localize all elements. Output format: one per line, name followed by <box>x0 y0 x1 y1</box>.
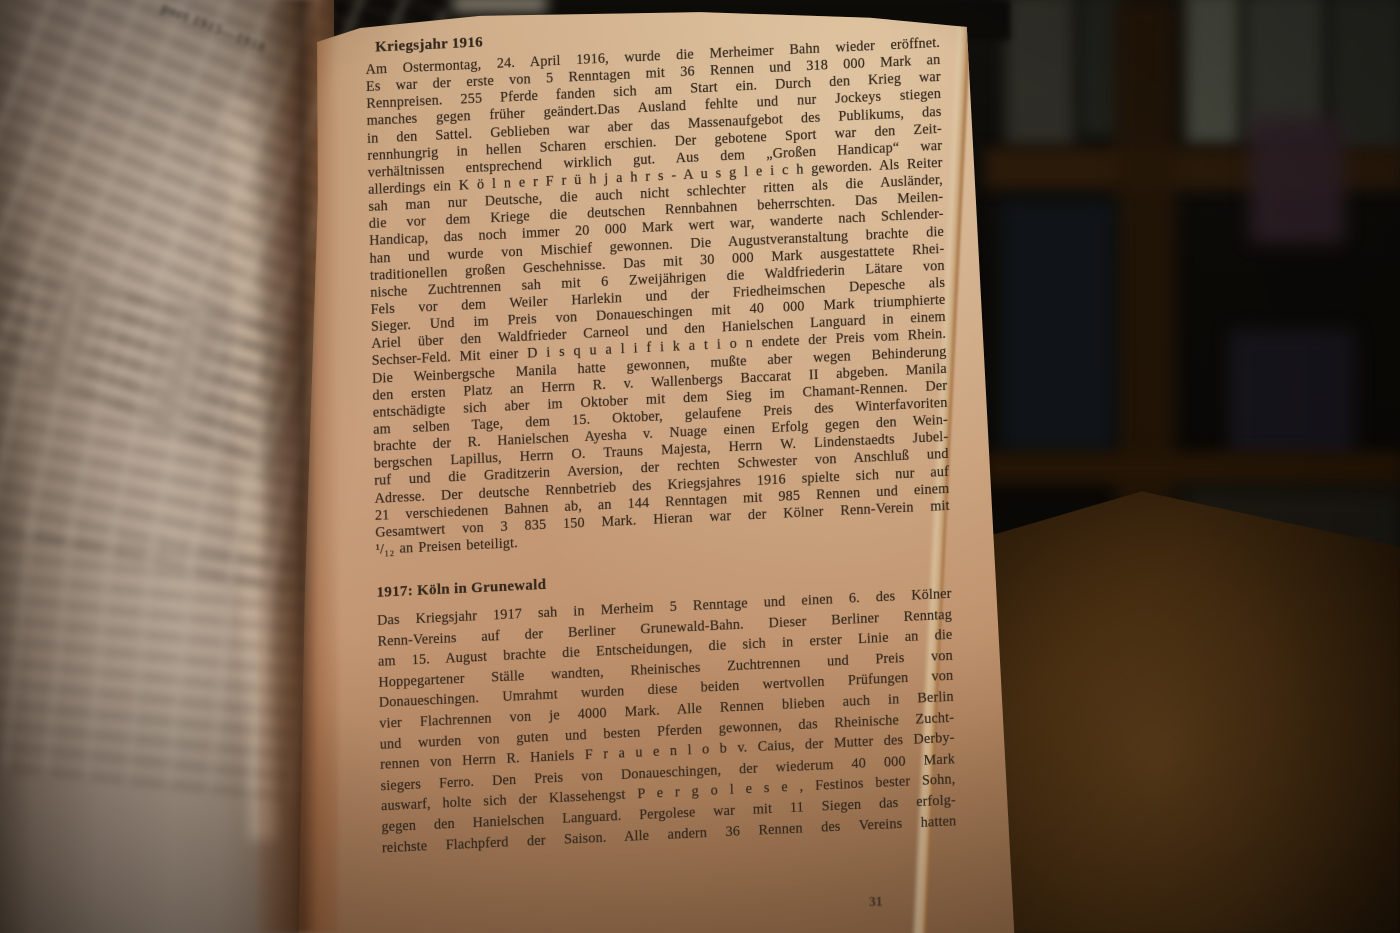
left-page-blurred-text <box>0 518 322 801</box>
book-spine <box>1250 118 1345 243</box>
right-page-text-block: Kriegsjahr 1916 Am Ostermontag, 24. Apri… <box>365 13 957 858</box>
page-number: 31 <box>869 894 883 910</box>
book-spine <box>1185 0 1240 145</box>
paragraph-1916: Am Ostermontag, 24. April 1916, wurde di… <box>365 35 950 559</box>
table-surface <box>982 468 1400 933</box>
highlight-streak <box>452 0 547 12</box>
paragraph-1917: Das Kriegsjahr 1917 sah in Merheim 5 Ren… <box>377 584 957 858</box>
book-spine <box>1230 330 1355 460</box>
bookshelf-shelf <box>985 452 1400 484</box>
book-spine <box>1005 0 1075 147</box>
book-photo-scene: port 1915—1918 Kriegsjahr 1916 Am Osterm… <box>0 0 1400 933</box>
left-page: port 1915—1918 <box>0 0 334 933</box>
right-page: Kriegsjahr 1916 Am Ostermontag, 24. Apri… <box>293 0 1023 933</box>
book-spine <box>1000 200 1115 455</box>
